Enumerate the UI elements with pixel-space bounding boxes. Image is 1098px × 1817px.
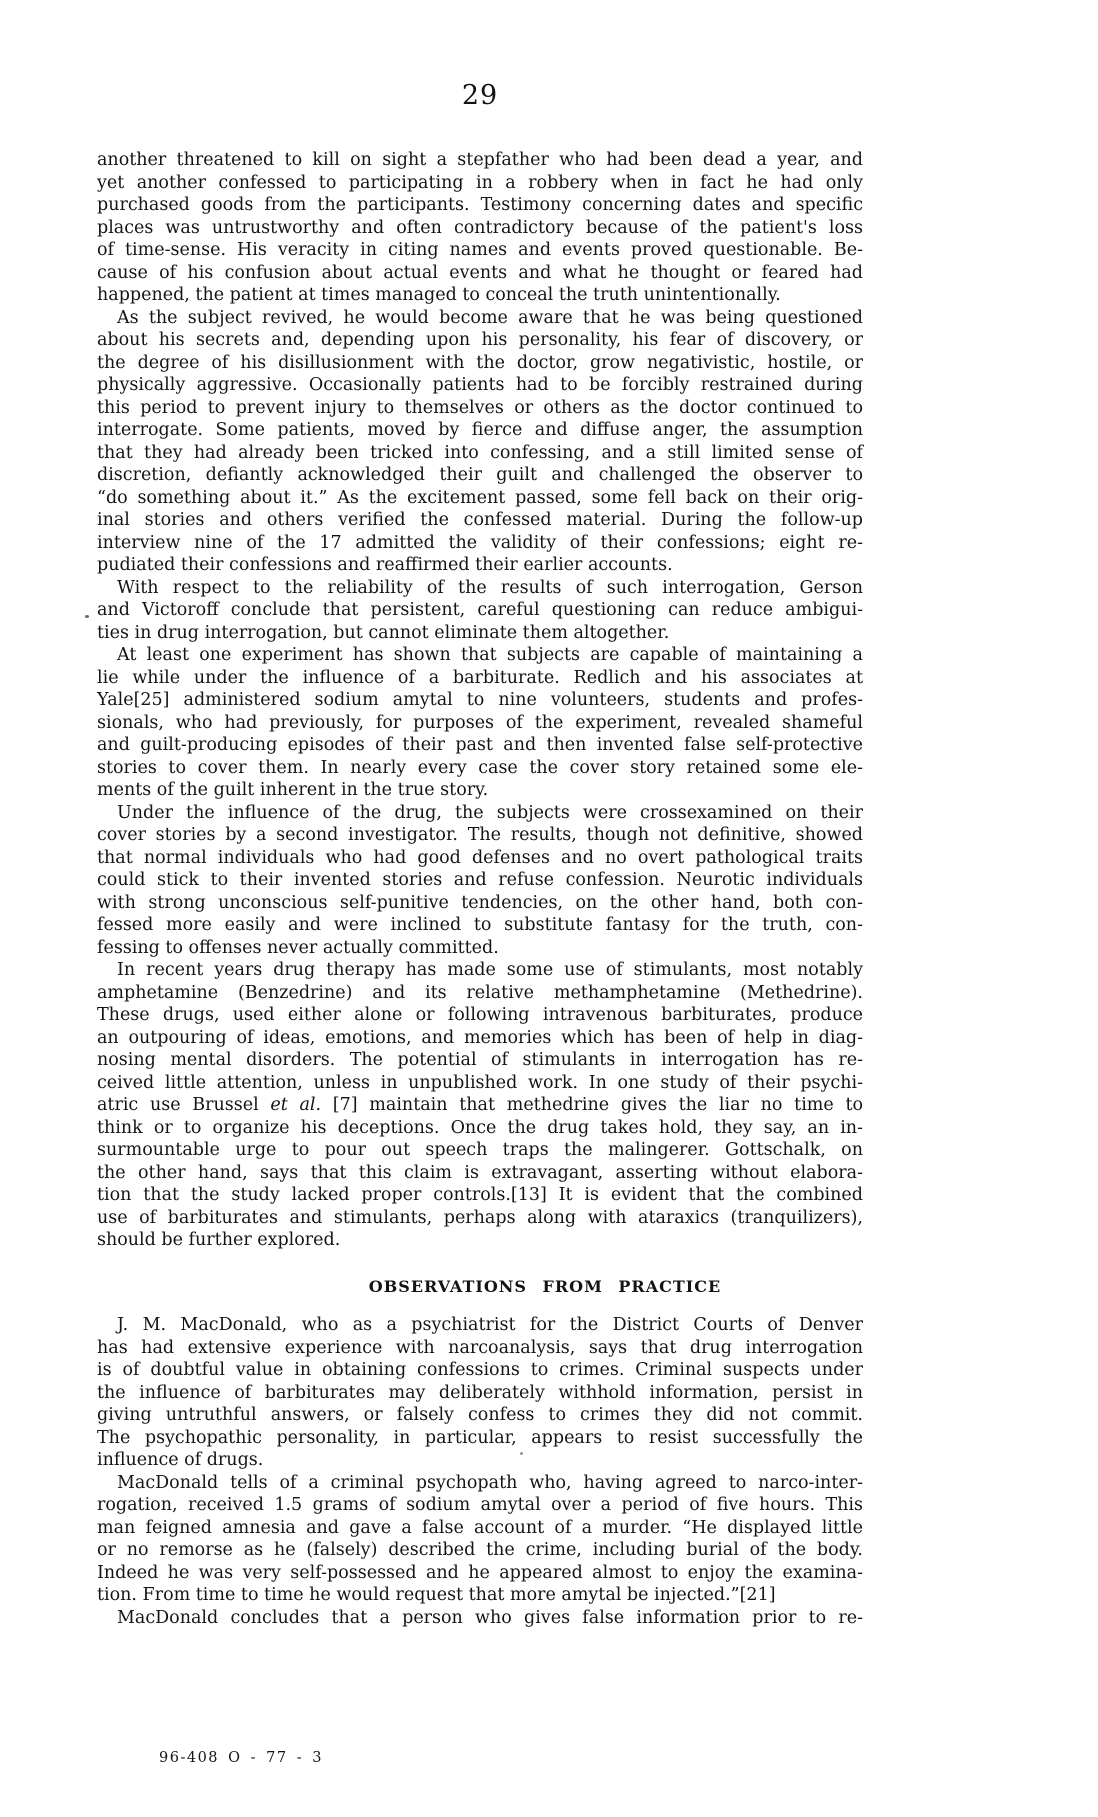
text-line: As the subject revived, he would become … xyxy=(97,307,863,330)
text-line: nosing mental disorders. The potential o… xyxy=(97,1049,863,1072)
text-line: the degree of his disillusionment with t… xyxy=(97,352,863,375)
text-line: an outpouring of ideas, emotions, and me… xyxy=(97,1027,863,1050)
text-line: ties in drug interrogation, but cannot e… xyxy=(97,622,863,645)
text-line: rogation, received 1.5 grams of sodium a… xyxy=(97,1494,863,1517)
text-line: and guilt-producing episodes of their pa… xyxy=(97,734,863,757)
text-line: should be further explored. xyxy=(97,1229,863,1252)
text-line: tion. From time to time he would request… xyxy=(97,1584,863,1607)
text-line: The psychopathic personality, in particu… xyxy=(97,1427,863,1450)
paragraph: another threatened to kill on sight a st… xyxy=(97,149,863,307)
text-line: physically aggressive. Occasionally pati… xyxy=(97,374,863,397)
text-line: These drugs, used either alone or follow… xyxy=(97,1004,863,1027)
print-code-footer: 96-408 O - 77 - 3 xyxy=(159,1750,323,1766)
text-line: that normal individuals who had good def… xyxy=(97,847,863,870)
text-line: MacDonald concludes that a person who gi… xyxy=(97,1607,863,1630)
text-line: places was untrustworthy and often contr… xyxy=(97,217,863,240)
scanned-document-page: 29 another threatened to kill on sight a… xyxy=(0,0,1098,1817)
text-line: amphetamine (Benzedrine) and its relativ… xyxy=(97,982,863,1005)
text-line: interview nine of the 17 admitted the va… xyxy=(97,532,863,555)
text-line: about his secrets and, depending upon hi… xyxy=(97,329,863,352)
text-line: sionals, who had previously, for purpose… xyxy=(97,712,863,735)
text-line: stories to cover them. In nearly every c… xyxy=(97,757,863,780)
paragraph: As the subject revived, he would become … xyxy=(97,307,863,577)
text-line: lie while under the influence of a barbi… xyxy=(97,667,863,690)
text-line: use of barbiturates and stimulants, perh… xyxy=(97,1207,863,1230)
text-line: atric use Brussel et al. [7] maintain th… xyxy=(97,1094,863,1117)
paragraph: At least one experiment has shown that s… xyxy=(97,644,863,802)
text-line: has had extensive experience with narcoa… xyxy=(97,1337,863,1360)
text-line: At least one experiment has shown that s… xyxy=(97,644,863,667)
text-line: ceived little attention, unless in unpub… xyxy=(97,1072,863,1095)
text-line: inal stories and others verified the con… xyxy=(97,509,863,532)
text-line: is of doubtful value in obtaining confes… xyxy=(97,1359,863,1382)
text-line: “do something about it.” As the exciteme… xyxy=(97,487,863,510)
text-line: With respect to the reliability of the r… xyxy=(97,577,863,600)
text-line: happened, the patient at times managed t… xyxy=(97,284,863,307)
text-line: tion that the study lacked proper contro… xyxy=(97,1184,863,1207)
text-line: surmountable urge to pour out speech tra… xyxy=(97,1139,863,1162)
text-line: fessing to offenses never actually commi… xyxy=(97,937,863,960)
text-line: Under the influence of the drug, the sub… xyxy=(97,802,863,825)
text-line: influence of drugs. xyxy=(97,1449,863,1472)
paragraph: MacDonald tells of a criminal psychopath… xyxy=(97,1472,863,1607)
text-line: this period to prevent injury to themsel… xyxy=(97,397,863,420)
text-line: think or to organize his deceptions. Onc… xyxy=(97,1117,863,1140)
text-line: Yale[25] administered sodium amytal to n… xyxy=(97,689,863,712)
paragraph: MacDonald concludes that a person who gi… xyxy=(97,1607,863,1630)
text-line: interrogate. Some patients, moved by fie… xyxy=(97,419,863,442)
text-line: pudiated their confessions and reaffirme… xyxy=(97,554,863,577)
text-line: yet another confessed to participating i… xyxy=(97,172,863,195)
text-line: that they had already been tricked into … xyxy=(97,442,863,465)
text-line: or no remorse as he (falsely) described … xyxy=(97,1539,863,1562)
text-line: with strong unconscious self-punitive te… xyxy=(97,892,863,915)
text-line: cause of his confusion about actual even… xyxy=(97,262,863,285)
text-line: could stick to their invented stories an… xyxy=(97,869,863,892)
text-line: giving untruthful answers, or falsely co… xyxy=(97,1404,863,1427)
paragraph: J. M. MacDonald, who as a psychiatrist f… xyxy=(97,1314,863,1472)
scan-speck xyxy=(520,1452,523,1455)
text-line: and Victoroff conclude that persistent, … xyxy=(97,599,863,622)
text-line: ments of the guilt inherent in the true … xyxy=(97,779,863,802)
text-line: cover stories by a second investigator. … xyxy=(97,824,863,847)
paragraph: In recent years drug therapy has made so… xyxy=(97,959,863,1252)
text-line: In recent years drug therapy has made so… xyxy=(97,959,863,982)
text-line: the other hand, says that this claim is … xyxy=(97,1162,863,1185)
text-line: the influence of barbiturates may delibe… xyxy=(97,1382,863,1405)
body-text: another threatened to kill on sight a st… xyxy=(97,149,863,1629)
paragraph: With respect to the reliability of the r… xyxy=(97,577,863,645)
text-line: purchased goods from the participants. T… xyxy=(97,194,863,217)
text-line: another threatened to kill on sight a st… xyxy=(97,149,863,172)
text-line: J. M. MacDonald, who as a psychiatrist f… xyxy=(97,1314,863,1337)
scan-speck xyxy=(85,615,89,618)
text-line: MacDonald tells of a criminal psychopath… xyxy=(97,1472,863,1495)
text-line: of time-sense. His veracity in citing na… xyxy=(97,239,863,262)
text-line: discretion, defiantly acknowledged their… xyxy=(97,464,863,487)
section-heading: OBSERVATIONS FROM PRACTICE xyxy=(162,1276,928,1299)
text-line: man feigned amnesia and gave a false acc… xyxy=(97,1517,863,1540)
text-line: fessed more easily and were inclined to … xyxy=(97,914,863,937)
text-line: Indeed he was very self-possessed and he… xyxy=(97,1562,863,1585)
page-number: 29 xyxy=(97,80,863,111)
paragraph: Under the influence of the drug, the sub… xyxy=(97,802,863,960)
